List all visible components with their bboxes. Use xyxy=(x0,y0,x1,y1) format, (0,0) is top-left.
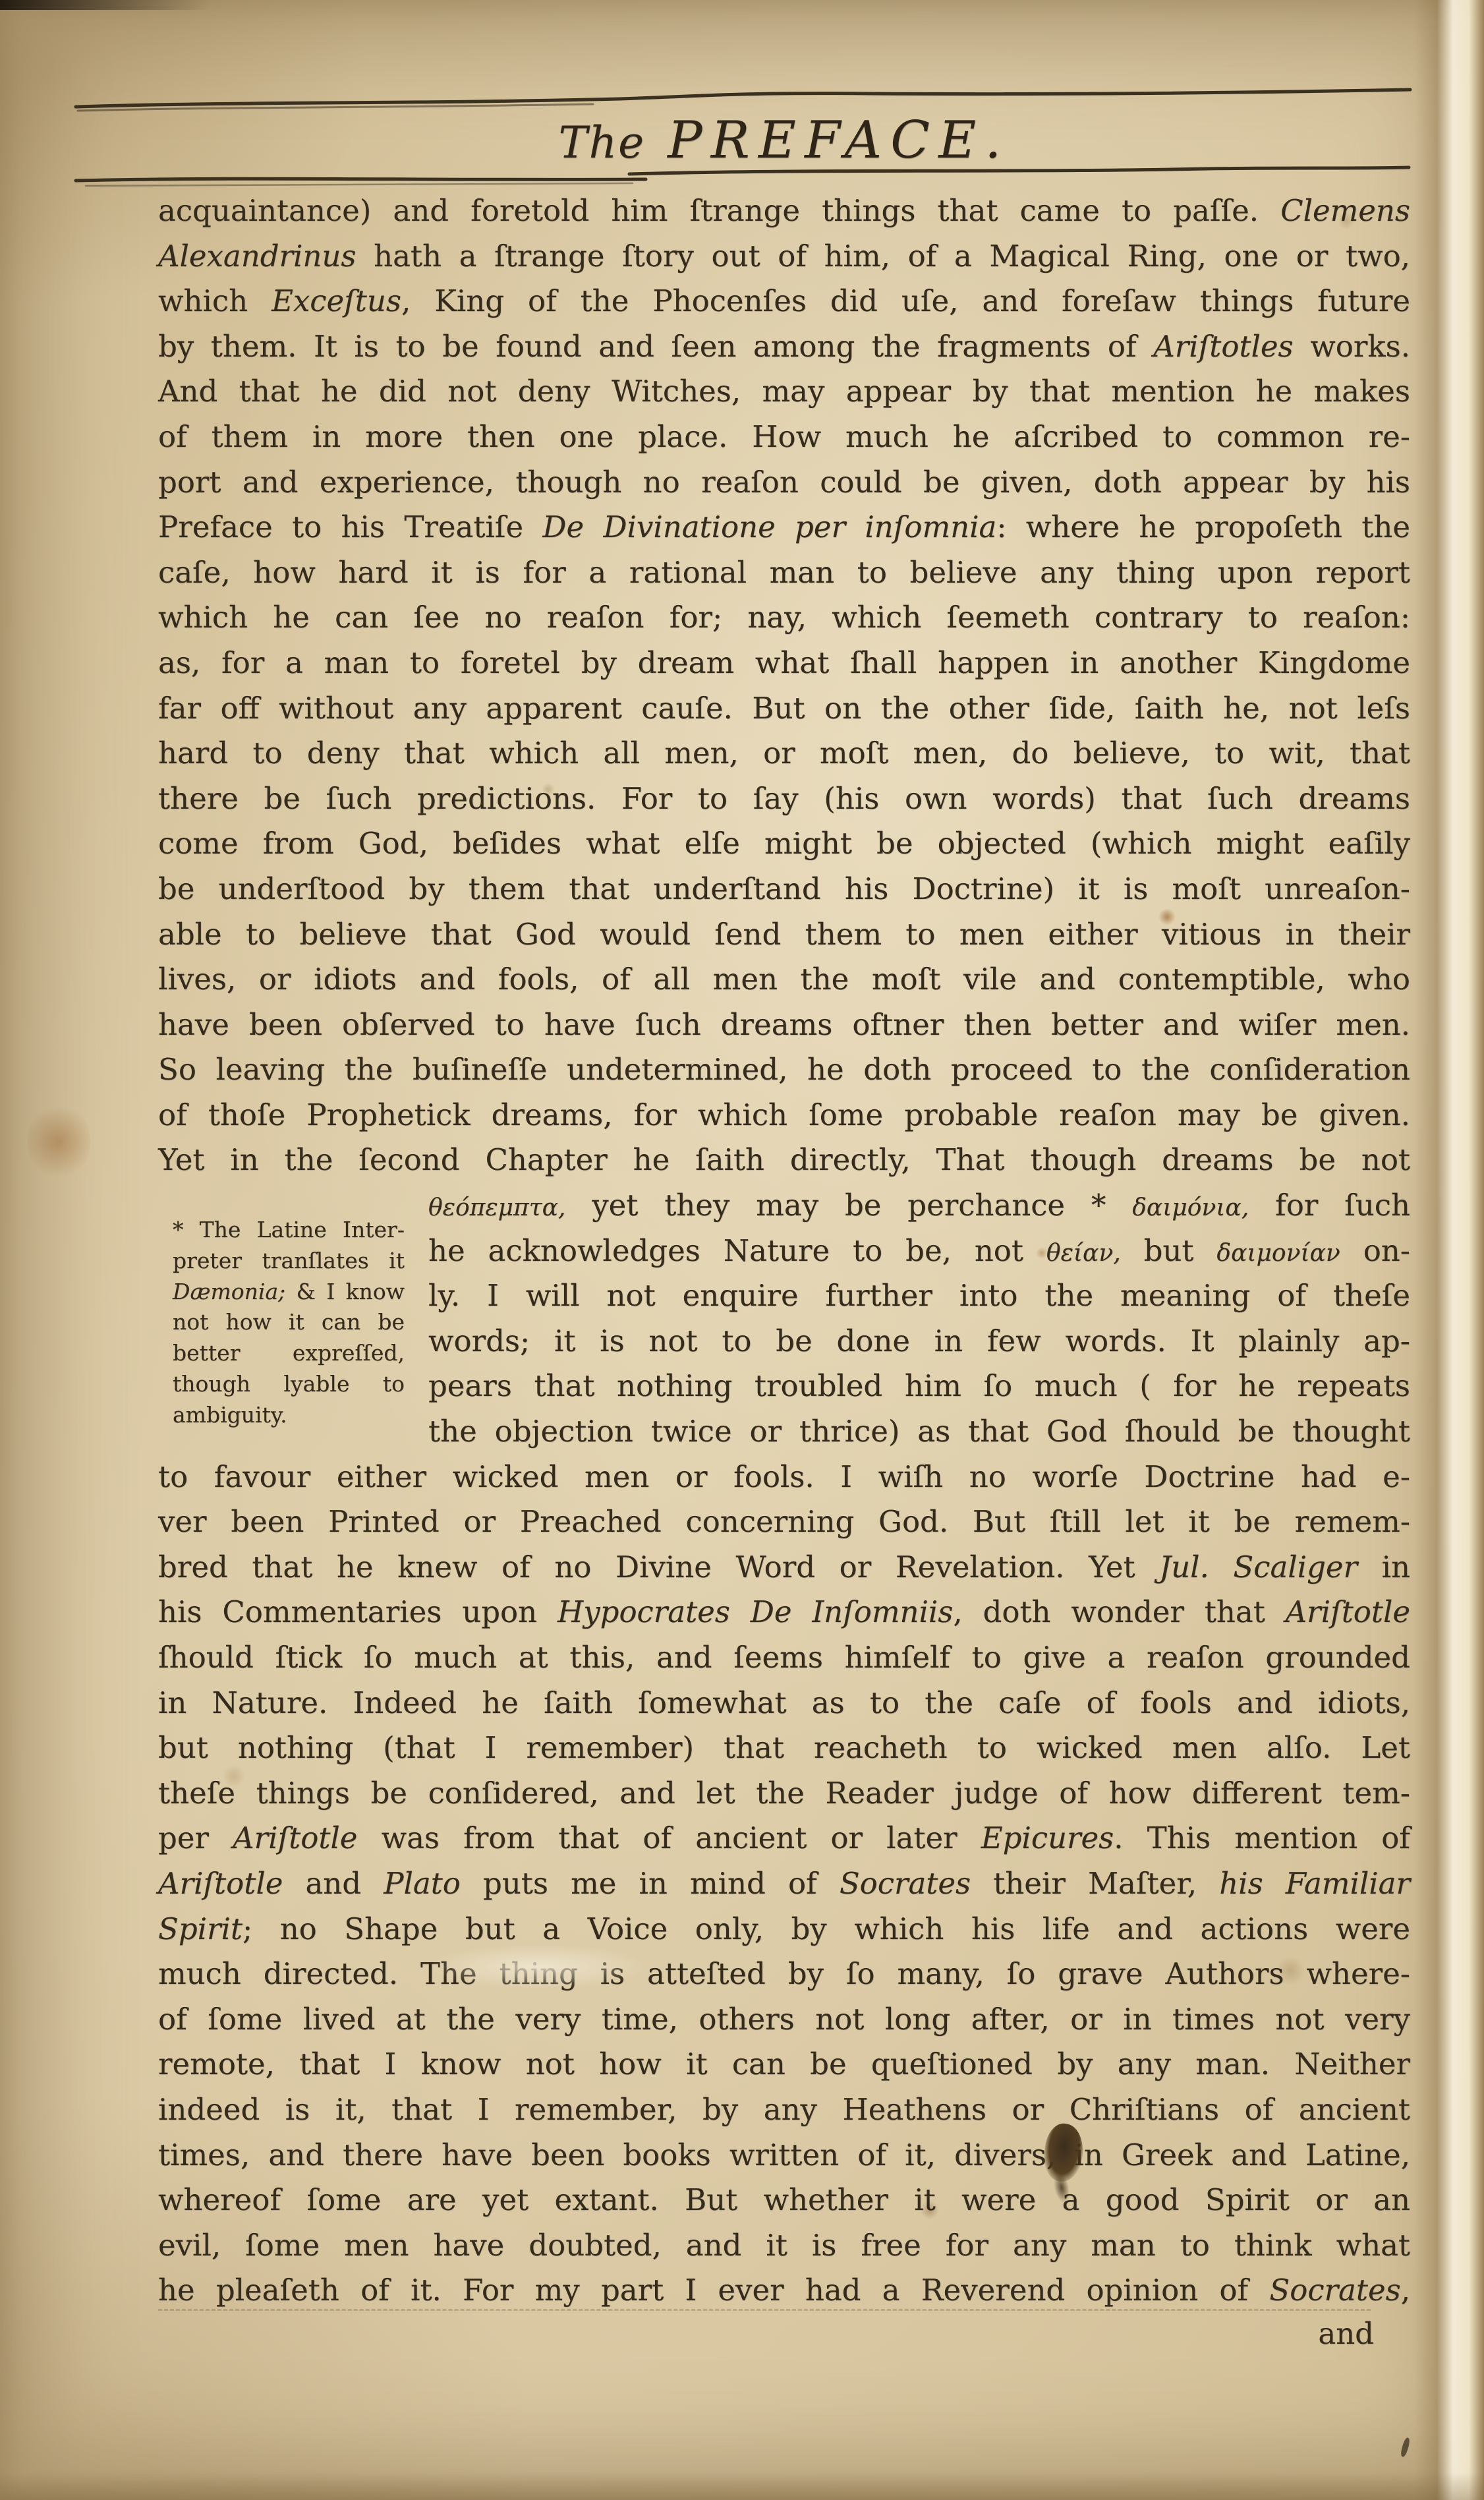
text-segment: his Familiar xyxy=(1219,1866,1410,1901)
text-segment: of ſome lived at the very time, others n… xyxy=(158,2002,1410,2037)
text-line: evil, ſome men have doubted, and it is f… xyxy=(158,2223,1410,2269)
text-line: of thoſe Prophetick dreams, for which ſo… xyxy=(158,1093,1410,1138)
foxing-spot xyxy=(1338,212,1355,229)
text-segment: Ariſtotle xyxy=(233,1820,357,1855)
text-line: far off without any apparent cauſe. But … xyxy=(158,686,1410,732)
text-line: times, and there have been books written… xyxy=(158,2133,1410,2178)
text-segment: hath a ſtrange ſtory out of him, of a Ma… xyxy=(356,239,1410,274)
text-segment: Spirit xyxy=(158,1911,243,1946)
text-segment: De Divinatione per inſomnia xyxy=(542,509,996,544)
text-segment: evil, ſome men have doubted, and it is f… xyxy=(158,2228,1410,2263)
text-line: theſe things be conſidered, and let the … xyxy=(158,1771,1410,1817)
text-segment: words; it is not to be done in few words… xyxy=(428,1323,1410,1358)
text-segment: puts me in mind of xyxy=(461,1866,840,1901)
text-segment: to favour either wicked men or fools. I … xyxy=(158,1459,1410,1494)
text-line: pears that nothing troubled him ſo much … xyxy=(428,1364,1410,1409)
text-segment: theſe things be conſidered, and let the … xyxy=(158,1776,1410,1811)
text-segment: in Nature. Indeed he ſaith ſomewhat as t… xyxy=(158,1685,1410,1720)
text-segment: he pleaſeth of it. For my part I ever ha… xyxy=(158,2273,1269,2308)
text-segment: Hypocrates De Inſomniis xyxy=(557,1594,953,1629)
text-segment: & I know xyxy=(285,1279,405,1304)
text-segment: Socrates xyxy=(1269,2273,1400,2308)
foxing-spot xyxy=(223,1765,245,1788)
text-line: of them in more then one place. How much… xyxy=(158,415,1410,460)
stray-ink-mark xyxy=(1400,2437,1411,2457)
text-segment: in xyxy=(1357,1550,1410,1584)
text-segment: works. xyxy=(1294,329,1410,364)
text-segment: be underſtood by them that underſtand hi… xyxy=(158,871,1410,906)
foxing-spot xyxy=(542,783,555,796)
text-segment: whereof ſome are yet extant. But whether… xyxy=(158,2182,1410,2217)
text-line: the objection twice or thrice) as that G… xyxy=(428,1409,1410,1455)
text-line: bred that he knew of no Divine Word or R… xyxy=(158,1545,1410,1590)
text-segment: bred that he knew of no Divine Word or R… xyxy=(158,1550,1159,1584)
text-line: much directed. The thing is atteſted by … xyxy=(158,1952,1410,1997)
text-segment: yet they may be perchance * xyxy=(565,1188,1132,1223)
text-line: not how it can be xyxy=(173,1307,405,1338)
text-line: Spirit; no Shape but a Voice only, by wh… xyxy=(158,1907,1410,1952)
text-line: which he can ſee no reaſon for; nay, whi… xyxy=(158,595,1410,641)
text-segment: have been obſerved to have ſuch dreams o… xyxy=(158,1007,1410,1042)
text-line: in Nature. Indeed he ſaith ſomewhat as t… xyxy=(158,1681,1410,1726)
text-segment: port and experience, though no reaſon co… xyxy=(158,465,1410,500)
text-segment: pears that nothing troubled him ſo much … xyxy=(428,1368,1410,1403)
text-line: So leaving the buſineſſe undetermined, h… xyxy=(158,1047,1410,1093)
text-segment: ſhould ſtick ſo much at this, and ſeems … xyxy=(158,1640,1410,1675)
text-segment: as, for a man to foretel by dream what ſ… xyxy=(158,645,1410,680)
text-line: better expreſſed, xyxy=(173,1338,405,1369)
text-segment: was from that of ancient or later xyxy=(357,1820,981,1855)
text-segment: Exceſtus xyxy=(271,283,401,318)
text-segment: preter tranſlates it xyxy=(173,1248,405,1273)
text-segment: which xyxy=(158,283,271,318)
text-segment: δαιμόνια, xyxy=(1132,1194,1249,1221)
text-segment: hard to deny that which all men, or moſt… xyxy=(158,736,1410,770)
text-segment: but nothing (that I remember) that reach… xyxy=(158,1730,1410,1765)
text-line: preter tranſlates it xyxy=(173,1246,405,1277)
text-segment: for ſuch xyxy=(1249,1188,1410,1223)
text-segment: their Maſter, xyxy=(971,1866,1219,1901)
text-line: have been obſerved to have ſuch dreams o… xyxy=(158,1003,1410,1048)
text-line: he acknowledges Nature to be, not θείαν,… xyxy=(428,1229,1410,1274)
foxing-spot xyxy=(921,2200,938,2220)
text-line: as, for a man to foretel by dream what ſ… xyxy=(158,641,1410,686)
text-segment: though lyable to xyxy=(173,1371,405,1397)
text-line: θεόπεμπτα, yet they may be perchance * δ… xyxy=(428,1183,1410,1229)
text-line: caſe, how hard it is for a rational man … xyxy=(158,550,1410,596)
text-segment: but xyxy=(1121,1233,1217,1268)
text-segment: Yet in the ſecond Chapter he ſaith direc… xyxy=(158,1142,1410,1177)
foxing-spot xyxy=(28,1102,90,1181)
text-segment: better expreſſed, xyxy=(173,1340,405,1366)
text-line: hard to deny that which all men, or moſt… xyxy=(158,731,1410,776)
text-segment: per xyxy=(158,1820,233,1855)
text-line: remote, that I know not how it can be qu… xyxy=(158,2042,1410,2087)
text-line: able to believe that God would ſend them… xyxy=(158,912,1410,958)
text-line: lives, or idiots and fools, of all men t… xyxy=(158,957,1410,1003)
text-segment: his Commentaries upon xyxy=(158,1594,557,1629)
text-line: ambiguity. xyxy=(173,1400,405,1431)
text-segment: remote, that I know not how it can be qu… xyxy=(158,2047,1410,2081)
foxing-spot xyxy=(1036,1247,1048,1259)
text-line: ſhould ſtick ſo much at this, and ſeems … xyxy=(158,1635,1410,1681)
text-segment: Dæmonia; xyxy=(173,1279,285,1304)
text-segment: times, and there have been books written… xyxy=(158,2137,1410,2172)
text-segment: Plato xyxy=(384,1866,461,1901)
text-line: Alexandrinus hath a ſtrange ſtory out of… xyxy=(158,234,1410,279)
text-line: to favour either wicked men or fools. I … xyxy=(158,1455,1410,1500)
text-segment: caſe, how hard it is for a rational man … xyxy=(158,555,1410,590)
catchword: and xyxy=(158,2316,1374,2351)
page-edge-shadow xyxy=(0,2472,1484,2500)
text-segment: * The Latine Inter- xyxy=(173,1217,405,1242)
text-segment: ; no Shape but a Voice only, by which hi… xyxy=(243,1911,1410,1946)
text-segment: Ariſtotle xyxy=(158,1866,283,1901)
text-line: And that he did not deny Witches, may ap… xyxy=(158,369,1410,415)
foxing-spot xyxy=(1158,908,1176,925)
text-line: * The Latine Inter- xyxy=(173,1215,405,1246)
faded-ink-patch xyxy=(434,1946,641,1988)
text-line: which Exceſtus, King of the Phocenſes di… xyxy=(158,279,1410,324)
text-line: per Ariſtotle was from that of ancient o… xyxy=(158,1816,1410,1861)
text-segment: Epicures xyxy=(981,1820,1114,1855)
text-line: there be ſuch predictions. For to ſay (h… xyxy=(158,776,1410,822)
text-line: come from God, beſides what elſe might b… xyxy=(158,821,1410,867)
text-segment: lives, or idiots and fools, of all men t… xyxy=(158,962,1410,997)
ghost-rule xyxy=(158,2309,1371,2311)
text-line: acquaintance) and foretold him ſtrange t… xyxy=(158,189,1410,234)
text-line: though lyable to xyxy=(173,1369,405,1400)
text-line: Dæmonia; & I know xyxy=(173,1277,405,1308)
text-segment: And that he did not deny Witches, may ap… xyxy=(158,374,1410,409)
text-segment: which he can ſee no reaſon for; nay, whi… xyxy=(158,600,1410,635)
text-segment: ver been Printed or Preached concerning … xyxy=(158,1504,1410,1539)
text-segment: , doth wonder that xyxy=(953,1594,1285,1629)
text-line: Preface to his Treatiſe De Divinatione p… xyxy=(158,505,1410,550)
text-line: by them. It is to be found and ſeen amon… xyxy=(158,324,1410,370)
text-segment: : where he propoſeth the xyxy=(996,509,1410,544)
text-segment: of thoſe Prophetick dreams, for which ſo… xyxy=(158,1097,1410,1132)
text-line: his Commentaries upon Hypocrates De Inſo… xyxy=(158,1590,1410,1635)
text-segment: θεόπεμπτα, xyxy=(428,1194,565,1221)
text-segment: much directed. The thing is atteſted by … xyxy=(158,1956,1410,1991)
scan-edge-shadow xyxy=(0,0,211,10)
marginal-note: * The Latine Inter-preter tranſlates itD… xyxy=(173,1215,405,1431)
text-segment: able to believe that God would ſend them… xyxy=(158,917,1410,952)
text-segment: acquaintance) and foretold him ſtrange t… xyxy=(158,193,1280,228)
text-segment: Jul. Scaliger xyxy=(1159,1550,1357,1584)
text-line: indeed is it, that I remember, by any He… xyxy=(158,2087,1410,2133)
text-line: be underſtood by them that underſtand hi… xyxy=(158,867,1410,912)
text-segment: δαιμονίαν xyxy=(1216,1240,1340,1267)
text-line: ver been Printed or Preached concerning … xyxy=(158,1499,1410,1545)
text-line: he pleaſeth of it. For my part I ever ha… xyxy=(158,2268,1410,2313)
text-line: whereof ſome are yet extant. But whether… xyxy=(158,2178,1410,2223)
text-segment: , xyxy=(1401,2273,1410,2308)
page-edge-curl xyxy=(1415,0,1484,2500)
text-segment: the objection twice or thrice) as that G… xyxy=(428,1414,1410,1449)
foxing-spot xyxy=(1276,1956,1305,1985)
text-segment: Preface to his Treatiſe xyxy=(158,509,542,544)
text-segment: come from God, beſides what elſe might b… xyxy=(158,826,1410,861)
text-segment: of them in more then one place. How much… xyxy=(158,419,1410,454)
text-segment: So leaving the buſineſſe undetermined, h… xyxy=(158,1052,1410,1087)
text-segment: ambiguity. xyxy=(173,1402,287,1428)
text-line: ly. I will not enquire further into the … xyxy=(428,1273,1410,1319)
text-segment: ly. I will not enquire further into the … xyxy=(428,1278,1410,1313)
text-line: port and experience, though no reaſon co… xyxy=(158,460,1410,506)
text-line: of ſome lived at the very time, others n… xyxy=(158,1997,1410,2043)
text-segment: . This mention of xyxy=(1114,1820,1410,1855)
text-segment: he acknowledges Nature to be, not xyxy=(428,1233,1046,1268)
text-segment: Ariſtotles xyxy=(1153,329,1293,364)
text-segment: θείαν, xyxy=(1046,1240,1121,1267)
text-segment: and xyxy=(283,1866,384,1901)
text-segment: there be ſuch predictions. For to ſay (h… xyxy=(158,781,1410,816)
text-line: but nothing (that I remember) that reach… xyxy=(158,1726,1410,1771)
text-segment: indeed is it, that I remember, by any He… xyxy=(158,2092,1410,2127)
text-segment: Alexandrinus xyxy=(158,239,356,274)
scanned-book-page: ThePREFACE. acquaintance) and foretold h… xyxy=(0,0,1484,2500)
text-segment: far off without any apparent cauſe. But … xyxy=(158,691,1410,726)
text-line: Ariſtotle and Plato puts me in mind of S… xyxy=(158,1861,1410,1907)
text-segment: , King of the Phocenſes did uſe, and for… xyxy=(401,283,1410,318)
text-segment: by them. It is to be found and ſeen amon… xyxy=(158,329,1153,364)
text-line: Yet in the ſecond Chapter he ſaith direc… xyxy=(158,1138,1410,1183)
text-segment: on- xyxy=(1340,1233,1410,1268)
text-line: words; it is not to be done in few words… xyxy=(428,1319,1410,1364)
text-segment: Ariſtotle xyxy=(1286,1594,1410,1629)
text-segment: not how it can be xyxy=(173,1309,405,1335)
text-segment: Socrates xyxy=(840,1866,971,1901)
